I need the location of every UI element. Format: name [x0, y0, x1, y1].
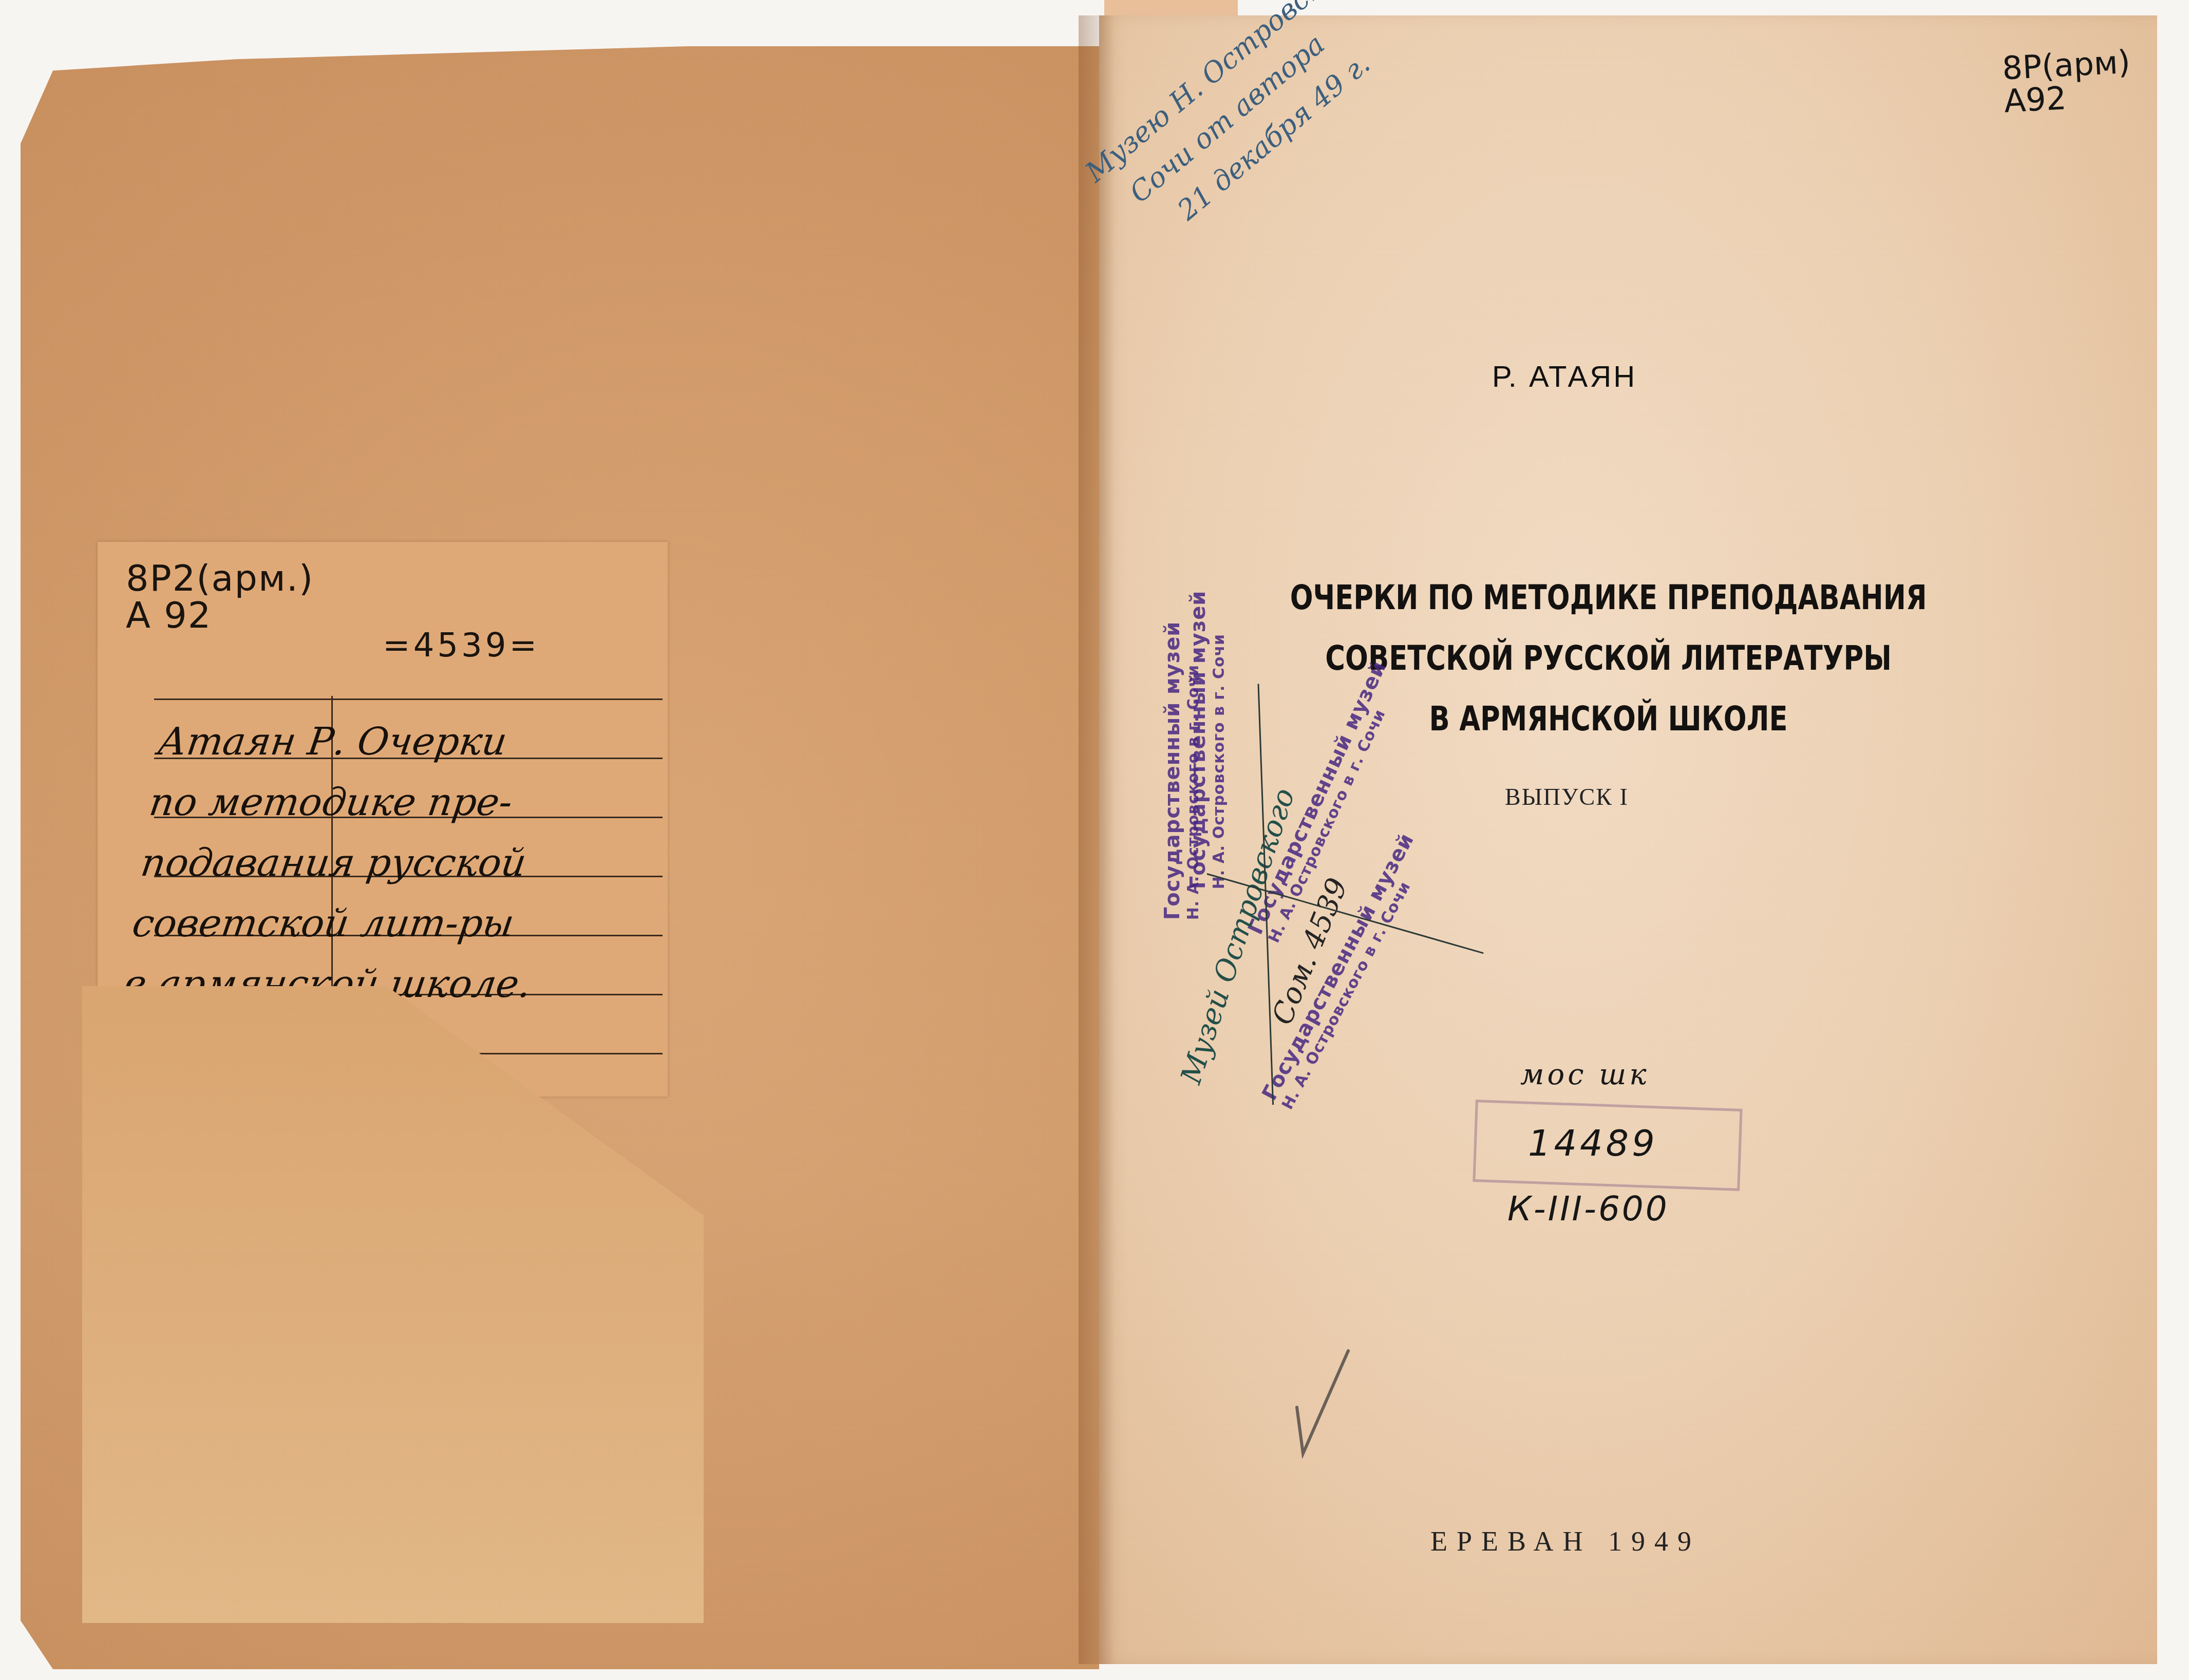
card-entry-line: советской лит-ры — [128, 893, 651, 954]
title-line: ОЧЕРКИ ПО МЕТОДИКЕ ПРЕПОДАВАНИЯ — [1270, 568, 1948, 628]
issue-number: ВЫПУСК I — [1505, 783, 1629, 810]
card-shelf-code-line1: 8Р2(арм.) — [126, 560, 314, 597]
card-shelf-code: 8Р2(арм.) А 92 — [126, 560, 314, 634]
stamp-line: Государственный музей — [1161, 621, 1184, 920]
card-entry: Атаян Р. Очерки по методике пре- подаван… — [120, 711, 676, 1014]
checkmark-icon — [1292, 1346, 1353, 1459]
accession-code: К-III-600 — [1507, 1189, 1669, 1229]
museum-stamp: Государственный музей Н. А. Островского … — [1186, 591, 1228, 890]
shelf-mark-line1: 8Р(арм) — [2002, 46, 2131, 85]
shelf-mark: 8Р(арм) А92 — [2002, 46, 2133, 118]
card-entry-line: Атаян Р. Очерки — [154, 711, 676, 772]
author-name: Р. АТАЯН — [1492, 360, 1637, 394]
accession-label: мос шк — [1520, 1058, 1650, 1091]
card-shelf-code-line2: А 92 — [126, 597, 314, 634]
stamp-line: Н. А. Островского в г. Сочи — [1210, 591, 1228, 890]
imprint: ЕРЕВАН 1949 — [1430, 1525, 1701, 1557]
card-inventory-number: =4539= — [383, 627, 540, 665]
card-entry-line: подавания русской — [137, 833, 659, 893]
spine-shadow — [1079, 15, 1115, 1664]
stamp-line: Государственный музей — [1186, 591, 1210, 890]
card-entry-line: по методике пре- — [145, 772, 668, 833]
shelf-mark-line2: А92 — [2003, 78, 2133, 118]
accession-number: 14489 — [1528, 1122, 1658, 1164]
card-rule — [154, 699, 663, 700]
